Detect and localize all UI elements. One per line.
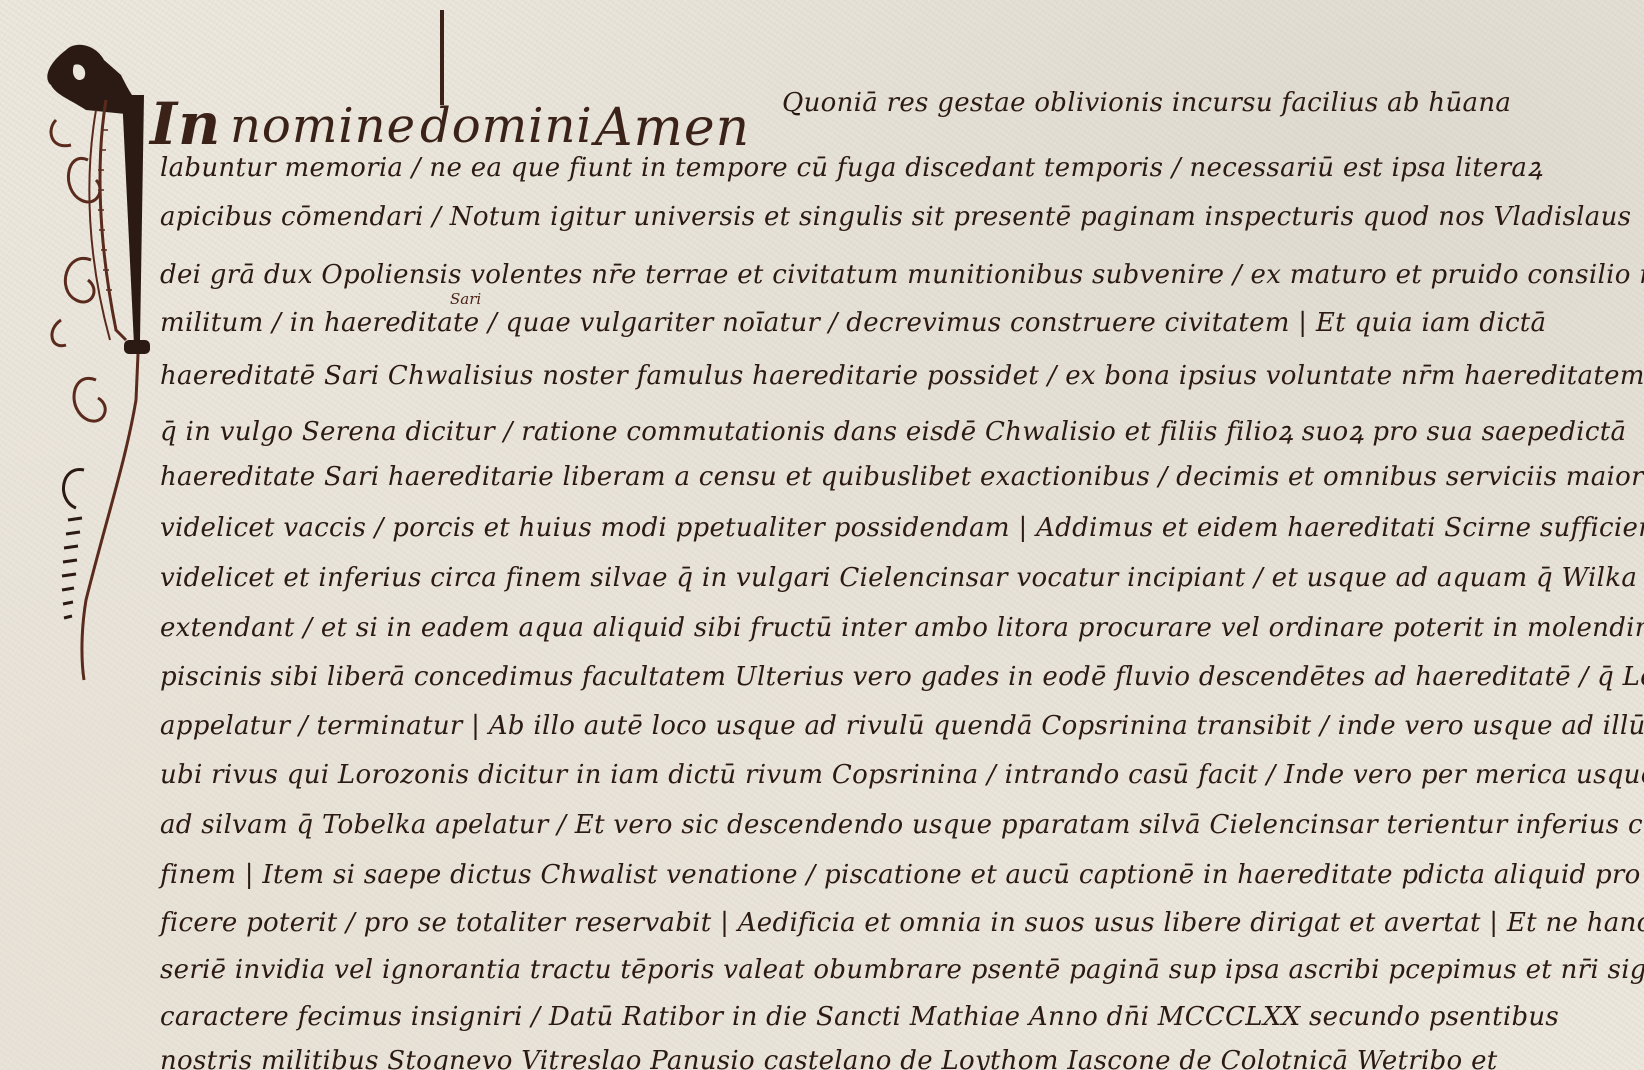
text-line-3: apicibus cōmendari / Notum igitur univer… <box>160 202 1631 232</box>
heading-word-domini: domini <box>420 98 593 154</box>
parchment-page: In nomine domini Amen Quoniā res gestae … <box>0 0 1644 1070</box>
text-line-6: haereditatē Sari Chwalisius noster famul… <box>160 361 1644 391</box>
text-line-11: extendant / et si in eadem aqua aliquid … <box>160 613 1644 643</box>
text-line-1: Quoniā res gestae oblivionis incursu fac… <box>782 88 1511 118</box>
interlinear-note-sari: Sari <box>450 290 481 308</box>
decorated-initial-i-icon <box>26 40 156 690</box>
text-line-14: ubi rivus qui Lorozonis dicitur in iam d… <box>160 760 1644 790</box>
text-line-5: militum / in haereditate / quae vulgarit… <box>160 308 1546 338</box>
text-line-16: finem | Item si saepe dictus Chwalist ve… <box>160 860 1641 890</box>
text-line-9: videlicet vaccis / porcis et huius modi … <box>160 513 1644 543</box>
domini-ascender-flourish <box>440 10 444 105</box>
text-line-18: seriē invidia vel ignorantia tractu tēpo… <box>160 955 1644 985</box>
heading-word-nomine: nomine <box>230 98 416 154</box>
text-line-12: piscinis sibi liberā concedimus facultat… <box>160 662 1644 692</box>
text-line-19: caractere fecimus insigniri / Datū Ratib… <box>160 1002 1559 1032</box>
text-line-20: nostris militibus Stognevo Vitreslao Pan… <box>160 1046 1498 1070</box>
text-line-13: appelatur / terminatur | Ab illo autē lo… <box>160 711 1644 741</box>
text-line-8: haereditate Sari haereditarie liberam a … <box>160 462 1644 492</box>
text-line-7: q̄ in vulgo Serena dicitur / ratione com… <box>160 412 1626 448</box>
text-line-2: labuntur memoria / ne ea que fiunt in te… <box>160 148 1543 184</box>
text-line-10: videlicet et inferius circa finem silvae… <box>160 563 1644 593</box>
text-line-15: ad silvam q̄ Tobelka apelatur / Et vero … <box>160 810 1644 840</box>
text-line-4: dei grā dux Opoliensis volentes nr̄e ter… <box>160 255 1644 291</box>
text-line-17: ficere poterit / pro se totaliter reserv… <box>160 908 1644 938</box>
